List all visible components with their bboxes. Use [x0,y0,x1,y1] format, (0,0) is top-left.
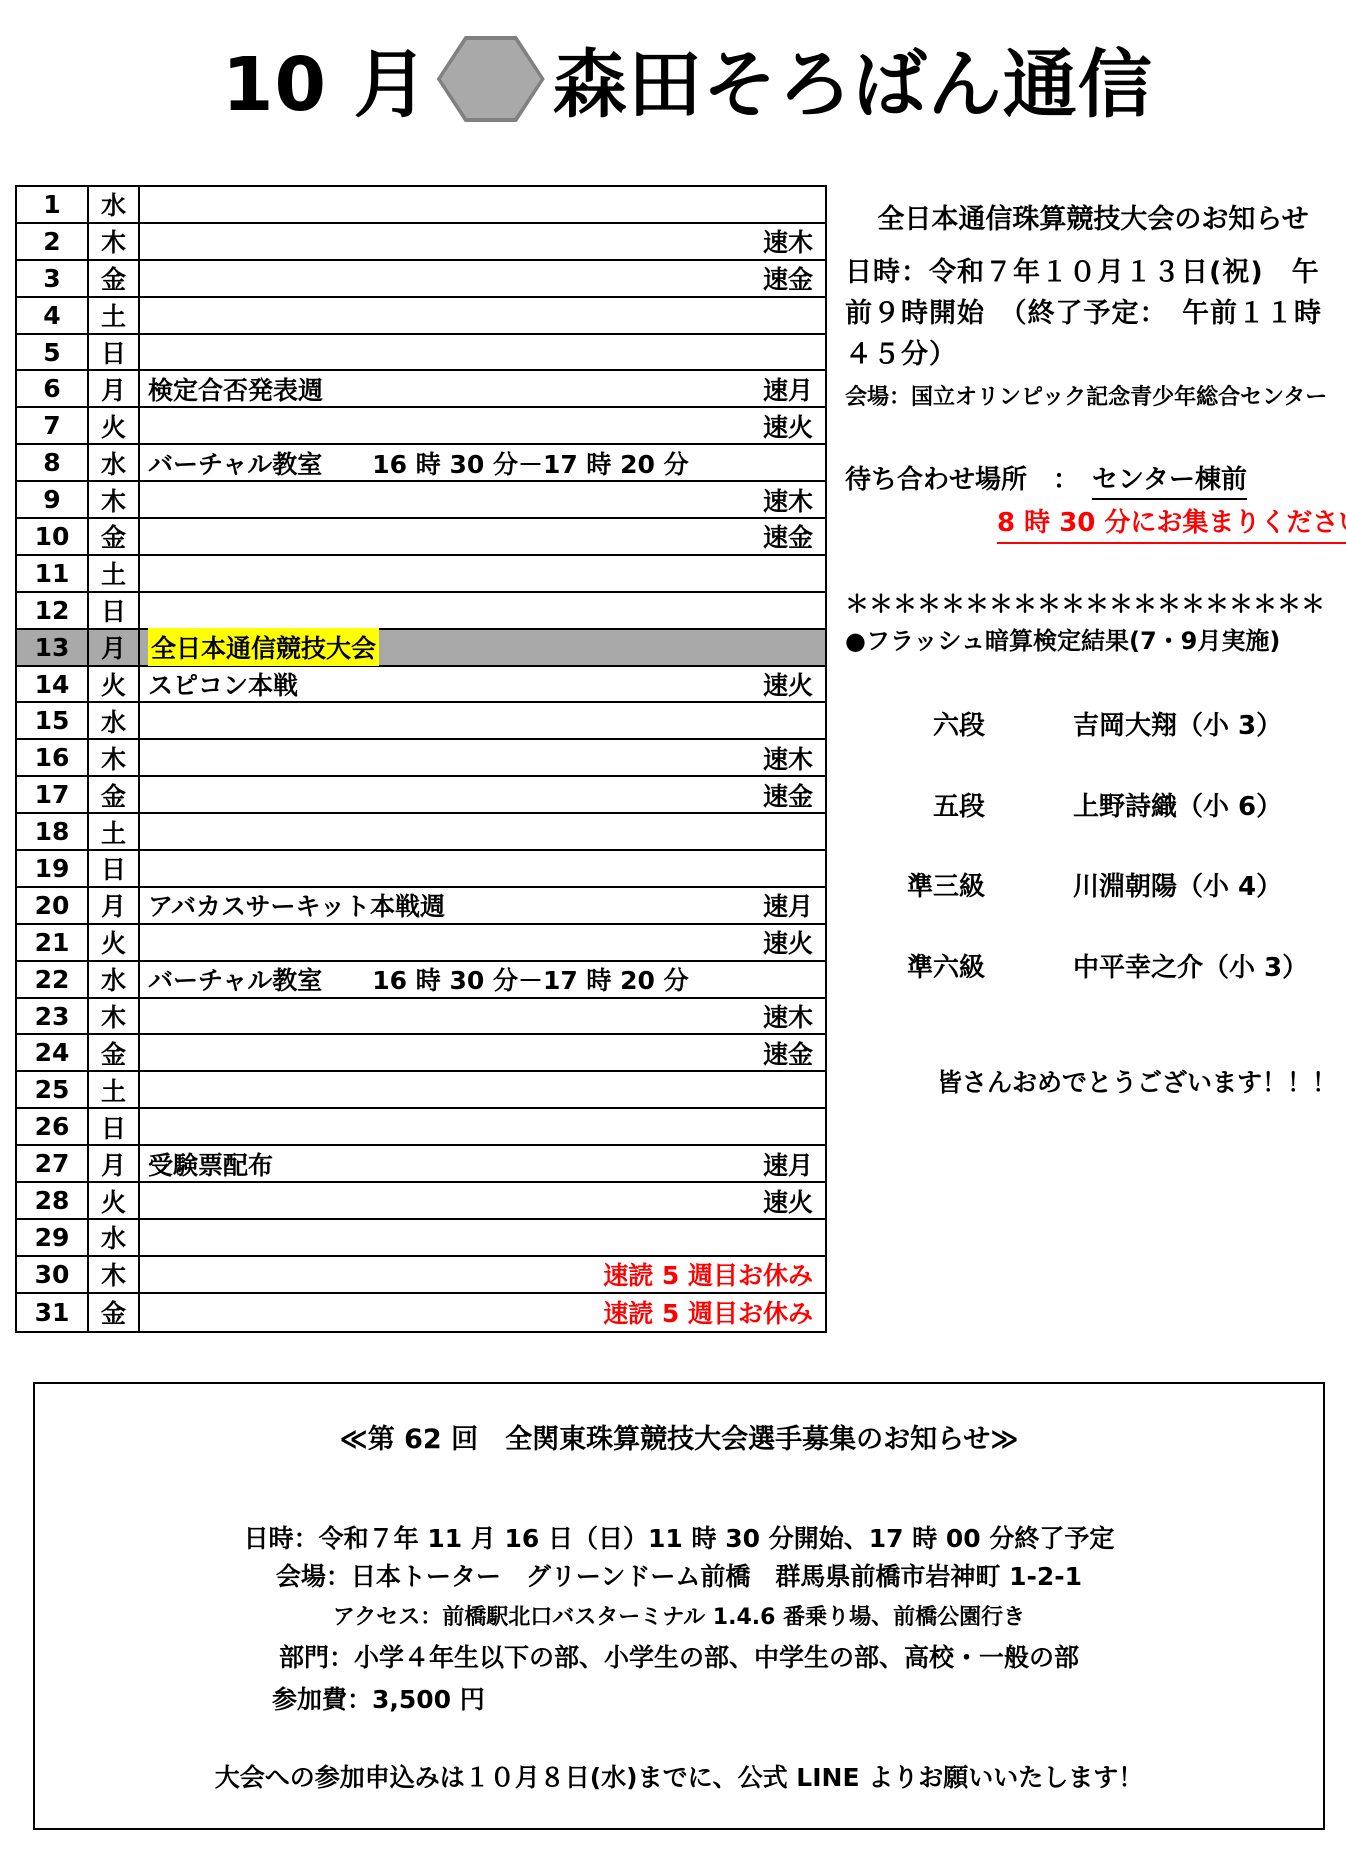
calendar-row: 9 木 速木 [17,482,825,519]
calendar-day-number: 2 [17,224,89,259]
calendar-day-number: 6 [17,371,89,406]
calendar-day-of-week: 土 [89,298,140,333]
calendar-row: 26 日 [17,1109,825,1146]
calendar-row: 5 日 [17,335,825,372]
calendar-day-of-week: 金 [89,1035,140,1070]
calendar-day-of-week: 月 [89,1146,140,1181]
calendar-row: 7 火 速火 [17,408,825,445]
calendar-day-of-week: 金 [89,1294,140,1331]
calendar-row: 29 水 [17,1220,825,1257]
title-name: 森田そろばん通信 [553,26,1153,132]
calendar-event-cell: 速読 5 週目お休み [140,1257,825,1292]
result-grade: 五段 [845,786,985,823]
calendar-day-of-week: 木 [89,999,140,1034]
calendar-event-cell: 全日本通信競技大会 [140,630,825,665]
calendar-row: 15 水 [17,703,825,740]
calendar-note-text: 速金 [763,1035,813,1071]
recruitment-datetime: 日時：令和７年 11 月 16 日（日）11 時 30 分開始、17 時 00 … [35,1519,1323,1555]
recruitment-venue: 会場：日本トーター グリーンドーム前橋 群馬県前橋市岩神町 1-2-1 [35,1557,1323,1593]
calendar-day-number: 19 [17,851,89,886]
calendar-event-cell [140,298,825,333]
calendar-event-cell: 速読 5 週目お休み [140,1294,825,1331]
calendar-event-cell [140,1072,825,1107]
calendar-day-of-week: 火 [89,408,140,443]
recruitment-divisions: 部門：小学４年生以下の部、小学生の部、中学生の部、高校・一般の部 [35,1638,1323,1674]
calendar-day-of-week: 土 [89,1072,140,1107]
title-month: 10 月 [222,26,429,132]
flash-results-heading: ●フラッシュ暗算検定結果(7・9月実施) [845,621,1341,656]
recruitment-fee: 参加費：3,500 円 [272,1680,1346,1716]
calendar-event-cell: バーチャル教室 16 時 30 分－17 時 20 分 [140,445,825,480]
calendar-day-of-week: 月 [89,630,140,665]
calendar-event-cell: スピコン本戦 速火 [140,667,825,702]
calendar-event-text: スピコン本戦 [148,666,298,702]
calendar-note-text: 速木 [763,223,813,259]
calendar-note-text: 速火 [763,666,813,702]
congratulations-line: 皆さんおめでとうございます！！！ [937,1063,1337,1099]
calendar-note-text: 速月 [763,887,813,923]
calendar-day-of-week: 月 [89,888,140,923]
calendar-day-number: 12 [17,593,89,628]
calendar-day-number: 20 [17,888,89,923]
calendar-row: 6 月 検定合否発表週 速月 [17,371,825,408]
calendar-row: 4 土 [17,298,825,335]
calendar-note-text: 速月 [763,371,813,407]
calendar-row: 13 月 全日本通信競技大会 [17,630,825,667]
calendar-row: 16 木 速木 [17,740,825,777]
calendar-day-of-week: 金 [89,777,140,812]
calendar-event-cell: 速火 [140,1183,825,1218]
result-row: 六段 吉岡大翔（小 3） [845,705,1341,742]
calendar-event-text: バーチャル教室 16 時 30 分－17 時 20 分 [148,445,689,481]
calendar-row: 25 土 [17,1072,825,1109]
newsletter-page: 10 月 森田そろばん通信 1 水 2 木 速木 [0,0,1346,1865]
calendar-day-number: 18 [17,814,89,849]
calendar-row: 8 水 バーチャル教室 16 時 30 分－17 時 20 分 [17,445,825,482]
result-name: 吉岡大翔（小 3） [1073,705,1282,742]
calendar-day-number: 10 [17,519,89,554]
calendar-day-of-week: 木 [89,482,140,517]
calendar-row: 31 金 速読 5 週目お休み [17,1294,825,1331]
calendar-note-text: 速金 [763,260,813,296]
hexagon-icon-fill [441,40,541,118]
calendar-event-cell: 速金 [140,261,825,296]
calendar-event-cell [140,335,825,370]
calendar-day-number: 4 [17,298,89,333]
calendar-event-text: バーチャル教室 16 時 30 分－17 時 20 分 [148,961,689,997]
calendar-row: 14 火 スピコン本戦 速火 [17,667,825,704]
calendar-event-text: アバカスサーキット本戦週 [148,887,445,923]
calendar-row: 2 木 速木 [17,224,825,261]
recruitment-access: アクセス：前橋駅北口バスターミナル 1.4.6 番乗り場、前橋公園行き [35,1600,1323,1631]
calendar-note-text: 速月 [763,1146,813,1182]
calendar-row: 24 金 速金 [17,1035,825,1072]
meeting-place-value: センター棟前 [1092,465,1247,500]
calendar-event-cell: 速金 [140,519,825,554]
calendar-event-cell: 検定合否発表週 速月 [140,371,825,406]
calendar-day-number: 11 [17,556,89,591]
calendar-event-cell [140,814,825,849]
result-name: 川淵朝陽（小 4） [1073,866,1282,903]
result-grade: 準六級 [845,947,985,984]
calendar-day-number: 3 [17,261,89,296]
calendar-day-number: 24 [17,1035,89,1070]
asterisk-separator: ＊＊＊＊＊＊＊＊＊＊＊＊＊＊＊＊＊＊＊＊ [845,584,1341,619]
calendar-day-of-week: 木 [89,224,140,259]
calendar-event-cell: 速木 [140,224,825,259]
hexagon-icon [437,36,545,122]
calendar-day-of-week: 日 [89,593,140,628]
calendar-day-number: 1 [17,187,89,222]
calendar-row: 12 日 [17,593,825,630]
calendar-day-number: 17 [17,777,89,812]
announcement-venue: 会場：国立オリンピック記念青少年総合センター [845,380,1341,411]
calendar-day-of-week: 水 [89,703,140,738]
calendar-day-of-week: 水 [89,1220,140,1255]
calendar-row: 3 金 速金 [17,261,825,298]
recruitment-box: ≪第 62 回 全関東珠算競技大会選手募集のお知らせ≫ 日時：令和７年 11 月… [33,1382,1325,1830]
calendar-row: 1 水 [17,187,825,224]
calendar-day-of-week: 日 [89,851,140,886]
calendar-row: 19 日 [17,851,825,888]
calendar-event-text: 受験票配布 [148,1146,273,1182]
calendar-note-text: 速木 [763,740,813,776]
recruitment-title: ≪第 62 回 全関東珠算競技大会選手募集のお知らせ≫ [35,1417,1323,1456]
calendar-day-number: 15 [17,703,89,738]
calendar-event-cell: 速木 [140,740,825,775]
calendar-day-of-week: 月 [89,371,140,406]
calendar-day-number: 26 [17,1109,89,1144]
calendar-row: 23 木 速木 [17,999,825,1036]
calendar-day-number: 27 [17,1146,89,1181]
calendar-day-number: 14 [17,667,89,702]
calendar-day-number: 31 [17,1294,89,1331]
calendar-event-cell: 速金 [140,777,825,812]
calendar-note-text: 速木 [763,998,813,1034]
calendar-note-text: 速火 [763,1183,813,1219]
calendar-day-number: 29 [17,1220,89,1255]
calendar-day-of-week: 日 [89,335,140,370]
calendar-day-of-week: 金 [89,261,140,296]
calendar-day-number: 25 [17,1072,89,1107]
calendar-row: 18 土 [17,814,825,851]
calendar-event-cell: バーチャル教室 16 時 30 分－17 時 20 分 [140,962,825,997]
calendar-day-number: 13 [17,630,89,665]
result-row: 準三級 川淵朝陽（小 4） [845,866,1341,903]
calendar-note-text: 速火 [763,924,813,960]
calendar-note-text: 速金 [763,777,813,813]
calendar-event-cell: アバカスサーキット本戦週 速月 [140,888,825,923]
calendar-row: 22 水 バーチャル教室 16 時 30 分－17 時 20 分 [17,962,825,999]
calendar-event-cell: 受験票配布 速月 [140,1146,825,1181]
calendar-day-number: 7 [17,408,89,443]
calendar-day-of-week: 火 [89,925,140,960]
calendar-day-of-week: 木 [89,740,140,775]
calendar-row: 10 金 速金 [17,519,825,556]
calendar-event-cell: 速木 [140,999,825,1034]
calendar-note-text: 速火 [763,408,813,444]
calendar-event-cell [140,187,825,222]
calendar-day-number: 8 [17,445,89,480]
calendar-row: 21 火 速火 [17,925,825,962]
calendar-day-number: 28 [17,1183,89,1218]
calendar-note-text: 速読 5 週目お休み [603,1294,813,1330]
calendar-row: 30 木 速読 5 週目お休み [17,1257,825,1294]
calendar-day-of-week: 日 [89,1109,140,1144]
meeting-place-line: 待ち合わせ場所 ： センター棟前 [845,459,1341,496]
calendar-event-cell [140,851,825,886]
result-row: 五段 上野詩織（小 6） [845,786,1341,823]
recruitment-deadline: 大会への参加申込みは１０月８日(水)までに、公式 LINE よりお願いいたします… [35,1758,1323,1794]
announcement-heading: 全日本通信珠算競技大会のお知らせ [845,197,1341,236]
calendar-day-number: 21 [17,925,89,960]
result-name: 上野詩織（小 6） [1073,786,1282,823]
calendar-day-of-week: 土 [89,814,140,849]
calendar-note-text: 速読 5 週目お休み [603,1256,813,1292]
calendar-event-cell: 速火 [140,925,825,960]
calendar-day-number: 23 [17,999,89,1034]
calendar-day-number: 22 [17,962,89,997]
calendar-row: 28 火 速火 [17,1183,825,1220]
calendar-day-of-week: 火 [89,1183,140,1218]
calendar-event-cell [140,1109,825,1144]
calendar-row: 27 月 受験票配布 速月 [17,1146,825,1183]
result-grade: 六段 [845,705,985,742]
calendar-day-of-week: 金 [89,519,140,554]
calendar-event-cell [140,1220,825,1255]
calendar-day-of-week: 水 [89,445,140,480]
calendar-day-number: 5 [17,335,89,370]
announcement-datetime: 日時：令和７年１０月１３日(祝) 午前９時開始 （終了予定： 午前１１時４５分） [845,252,1341,375]
meeting-time-note: 8 時 30 分にお集まりください [997,502,1346,544]
calendar-event-cell [140,703,825,738]
calendar-day-number: 16 [17,740,89,775]
calendar-event-cell [140,593,825,628]
calendar-row: 11 土 [17,556,825,593]
result-grade: 準三級 [845,866,985,903]
calendar-day-of-week: 水 [89,962,140,997]
page-title: 10 月 森田そろばん通信 [222,26,1153,132]
calendar-day-of-week: 火 [89,667,140,702]
result-row: 準六級 中平幸之介（小 3） [845,947,1341,984]
calendar-day-number: 30 [17,1257,89,1292]
calendar-row: 17 金 速金 [17,777,825,814]
calendar-event-cell: 速金 [140,1035,825,1070]
calendar-event-text: 検定合否発表週 [148,371,323,407]
calendar-day-of-week: 水 [89,187,140,222]
calendar-event-cell: 速火 [140,408,825,443]
calendar-note-text: 速金 [763,518,813,554]
calendar-row: 20 月 アバカスサーキット本戦週 速月 [17,888,825,925]
calendar-day-of-week: 木 [89,1257,140,1292]
calendar-event-cell: 速木 [140,482,825,517]
calendar-day-number: 9 [17,482,89,517]
calendar-table: 1 水 2 木 速木 3 金 [15,185,827,1333]
calendar-event-cell [140,556,825,591]
calendar-event-text: 全日本通信競技大会 [148,628,379,666]
result-name: 中平幸之介（小 3） [1073,947,1308,984]
calendar-day-of-week: 土 [89,556,140,591]
meeting-place-label: 待ち合わせ場所 ： [845,465,1092,495]
calendar-note-text: 速木 [763,482,813,518]
